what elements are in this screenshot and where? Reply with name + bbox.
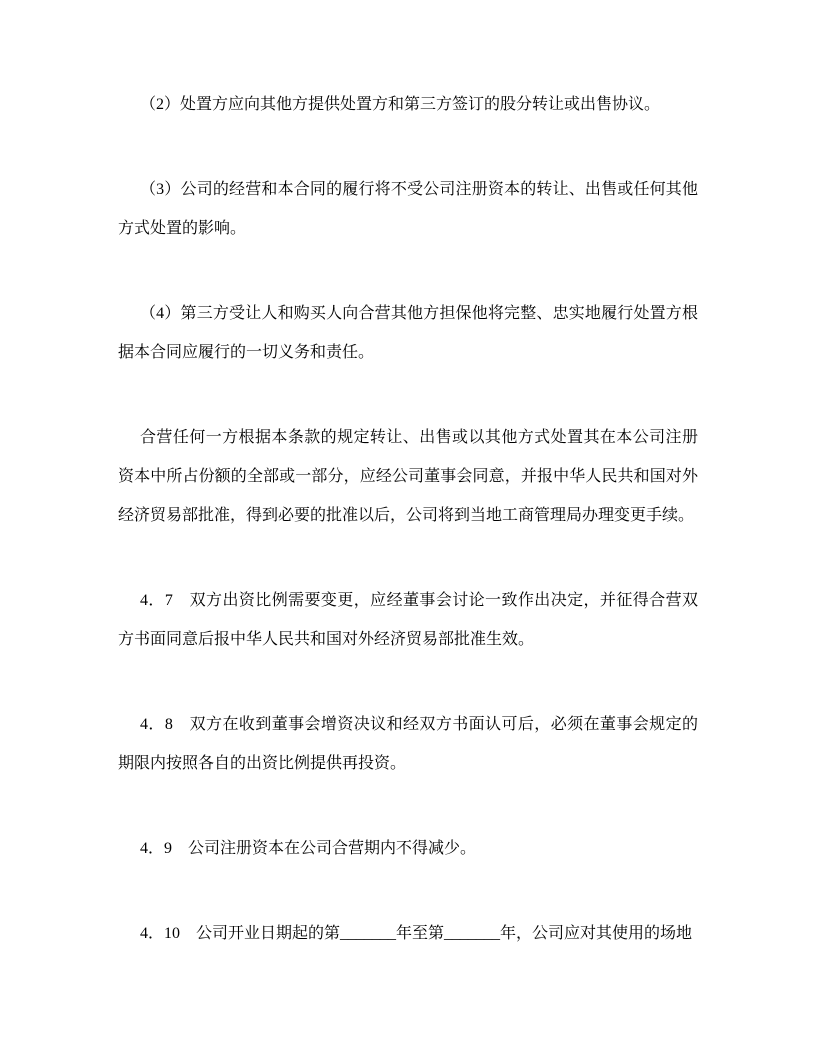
paragraph-clause-4: （4）第三方受让人和购买人向合营其他方担保他将完整、忠实地履行处置方根据本合同应… <box>118 294 698 372</box>
paragraph-clause-2: （2）处置方应向其他方提供处置方和第三方签订的股分转让或出售协议。 <box>118 85 698 124</box>
paragraph-clause-4-7: 4．7 双方出资比例需要变更，应经董事会讨论一致作出决定，并征得合营双方书面同意… <box>118 581 698 659</box>
document-content: （2）处置方应向其他方提供处置方和第三方签订的股分转让或出售协议。 （3）公司的… <box>118 85 698 953</box>
paragraph-clause-4-8: 4．8 双方在收到董事会增资决议和经双方书面认可后，必须在董事会规定的期限内按照… <box>118 705 698 783</box>
paragraph-clause-4-9: 4．9 公司注册资本在公司合营期内不得减少。 <box>118 829 698 868</box>
paragraph-clause-4-10: 4．10 公司开业日期起的第_______年至第_______年，公司应对其使用… <box>118 914 698 953</box>
paragraph-clause-3: （3）公司的经营和本合同的履行将不受公司注册资本的转让、出售或任何其他方式处置的… <box>118 170 698 248</box>
document-page: （2）处置方应向其他方提供处置方和第三方签订的股分转让或出售协议。 （3）公司的… <box>0 0 816 1056</box>
paragraph-transfer-approval: 合营任何一方根据本条款的规定转让、出售或以其他方式处置其在本公司注册资本中所占份… <box>118 418 698 535</box>
